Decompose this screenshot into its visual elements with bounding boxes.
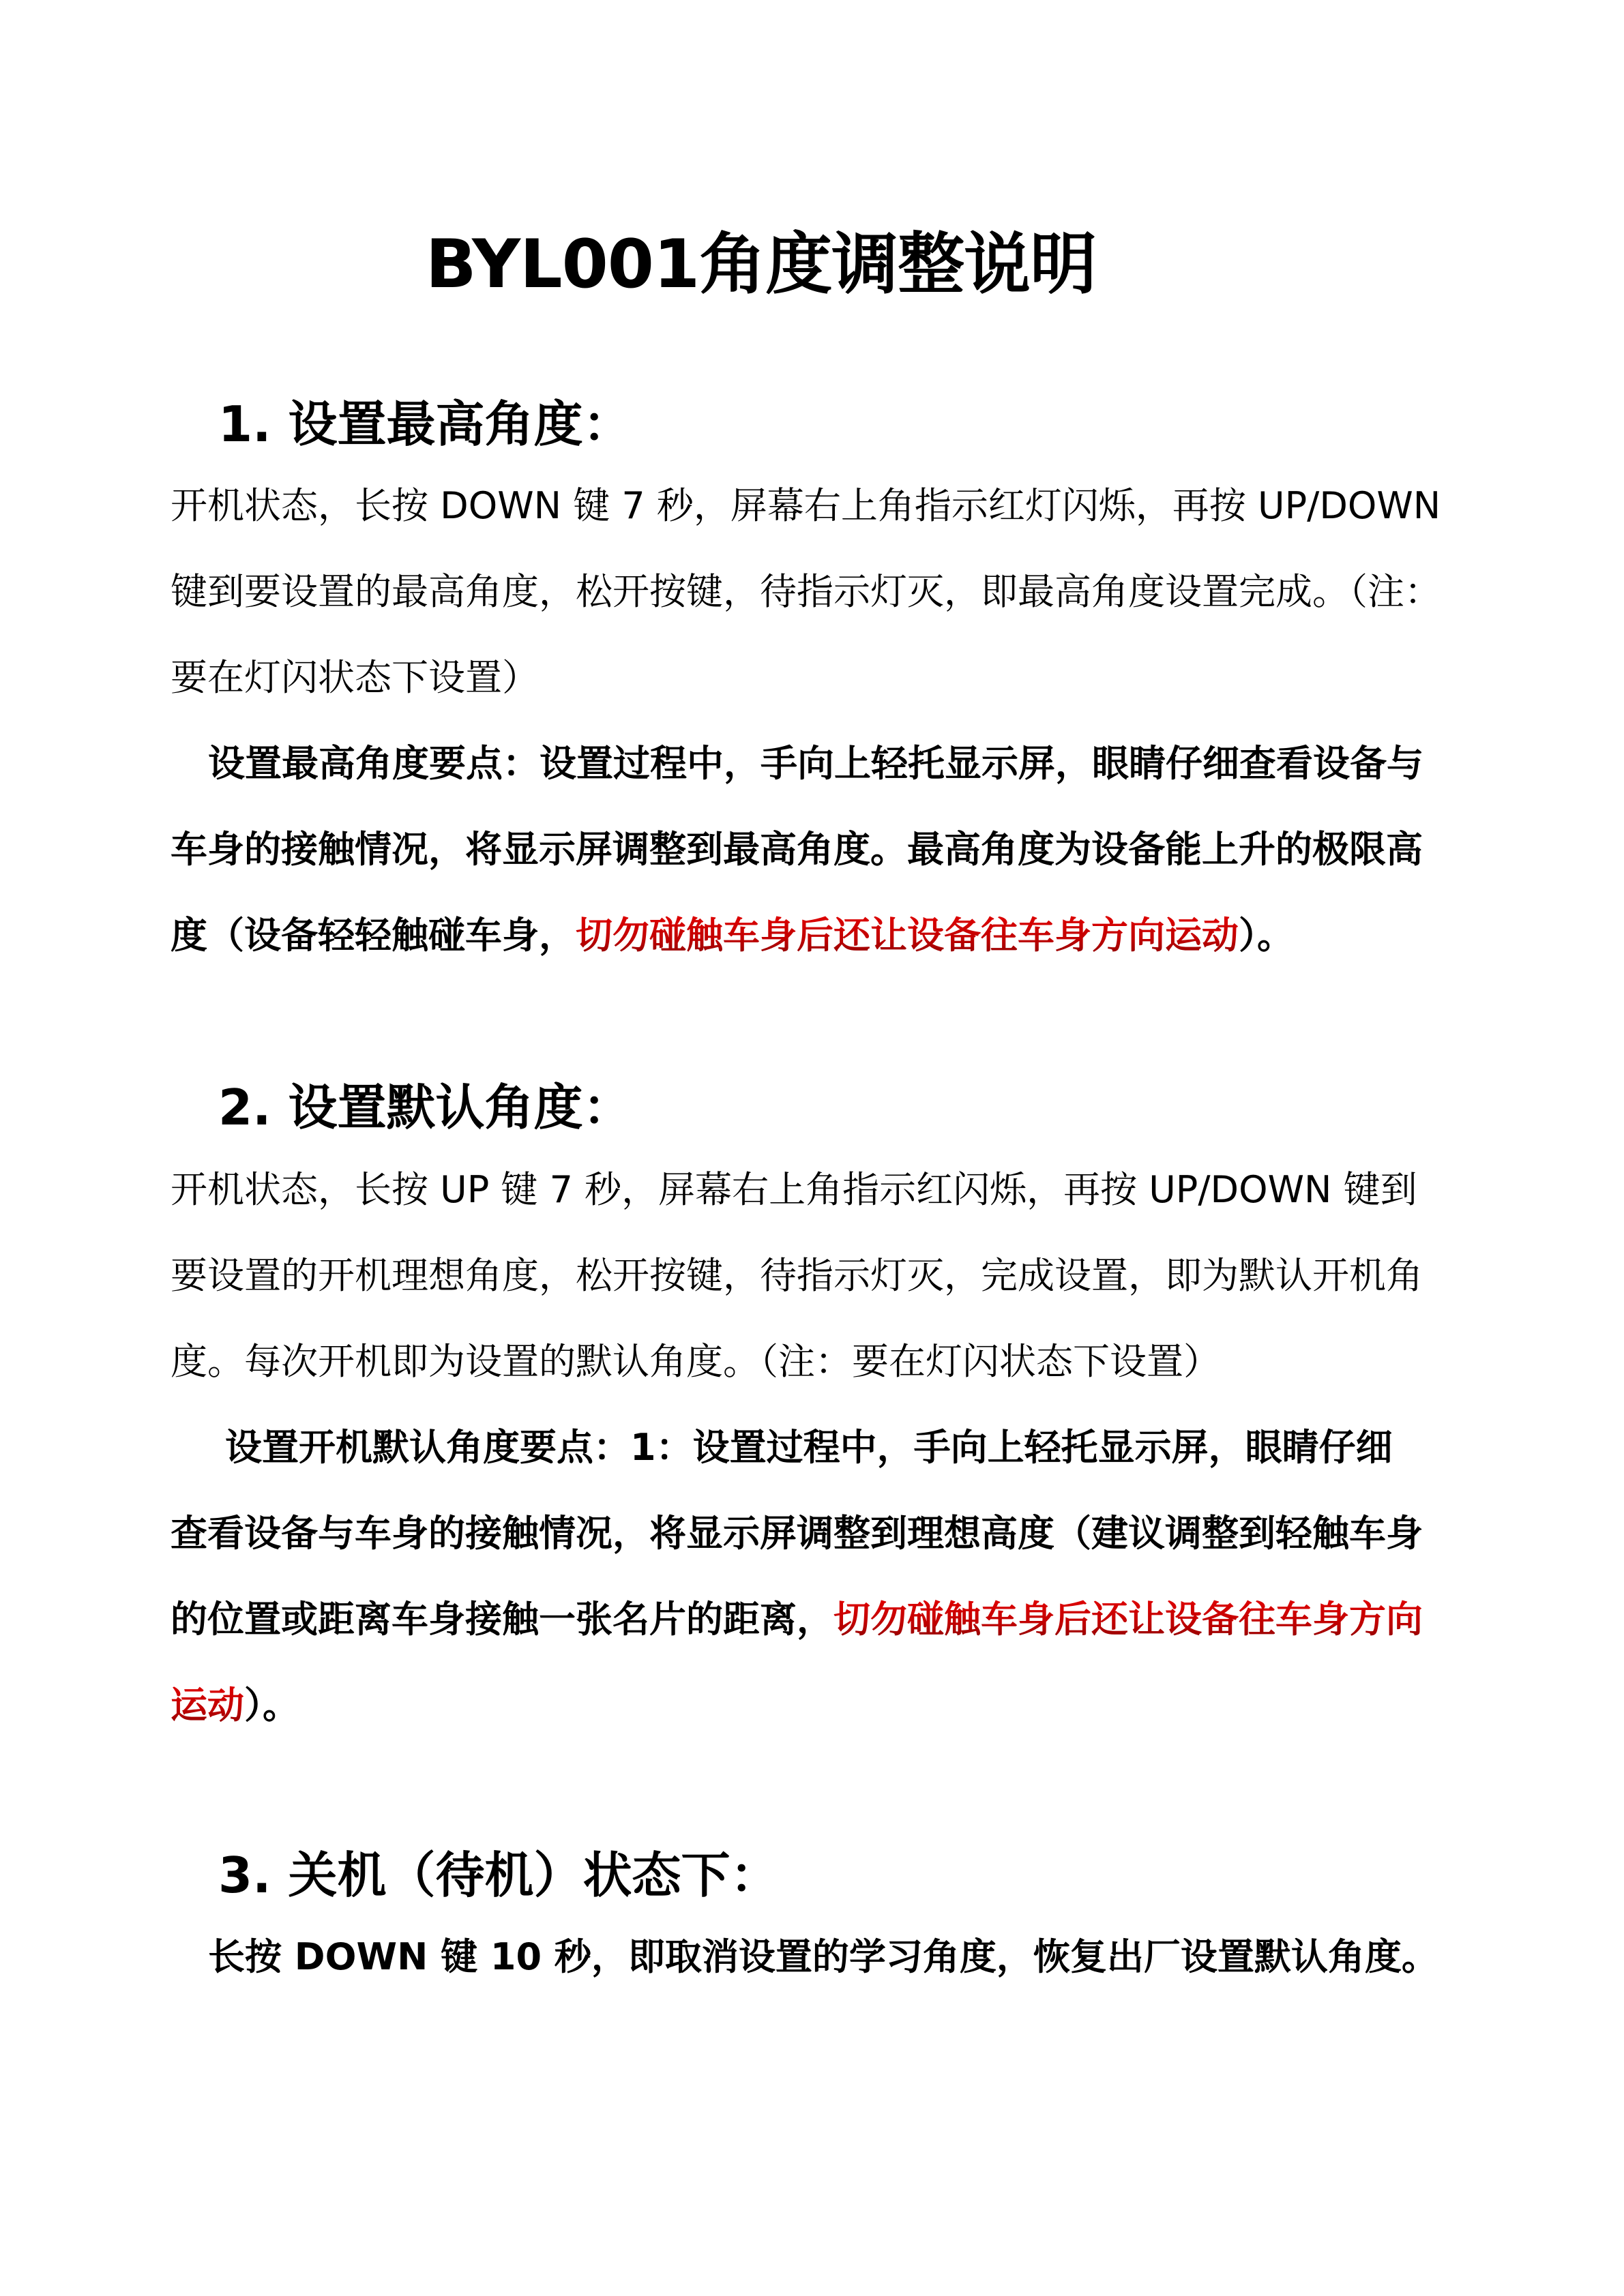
section-1-keypoint-line-2: 车身的接触情况，将显示屏调整到最高角度。最高角度为设备能上升的极限高 [171,822,1466,877]
section-1-body-line-1: 开机状态，长按 DOWN 键 7 秒，屏幕右上角指示红灯闪烁，再按 UP/DOW… [171,479,1466,533]
keypoint-text-end: ）。 [244,1684,299,1727]
section-2-body-line-1: 开机状态，长按 UP 键 7 秒，屏幕右上角指示红闪烁，再按 UP/DOWN 键… [171,1163,1466,1217]
title-text: BYL001角度调整说明 [426,217,1096,312]
section-1-heading: 1. 设置最高角度： [218,390,632,458]
section-3-heading: 3. 关机（待机）状态下： [218,1841,780,1909]
keypoint-text: 度（设备轻轻触碰车身， [171,914,576,957]
keypoint-text-end: ）。 [1239,914,1294,957]
section-1-keypoint-line-1: 设置最高角度要点：设置过程中，手向上轻托显示屏，眼睛仔细查看设备与 [208,736,1504,791]
section-1-body-line-2: 键到要设置的最高角度，松开按键，待指示灯灭，即最高角度设置完成。（注： [171,565,1466,619]
section-1-body-line-3: 要在灯闪状态下设置） [171,651,1466,705]
warning-text: 切勿碰触车身后还让设备往车身方向运动 [576,914,1239,957]
warning-text-end: 运动 [171,1684,244,1727]
section-2-keypoint-line-3: 的位置或距离车身接触一张名片的距离，切勿碰触车身后还让设备往车身方向 [171,1592,1466,1647]
section-1-keypoint-line-3: 度（设备轻轻触碰车身，切勿碰触车身后还让设备往车身方向运动）。 [171,908,1466,963]
section-2-keypoint-line-1: 设置开机默认角度要点：1：设置过程中，手向上轻托显示屏，眼睛仔细 [225,1420,1521,1475]
keypoint-text: 的位置或距离车身接触一张名片的距离， [171,1598,833,1641]
section-2-keypoint-line-2: 查看设备与车身的接触情况，将显示屏调整到理想高度（建议调整到轻触车身 [171,1506,1466,1561]
section-3-body-line-1: 长按 DOWN 键 10 秒，即取消设置的学习角度，恢复出厂设置默认角度。 [208,1930,1504,1984]
section-2-body-line-2: 要设置的开机理想角度，松开按键，待指示灯灭，完成设置，即为默认开机角 [171,1249,1466,1303]
document-title: BYL001角度调整说明 [0,217,1624,312]
section-2-body-line-3: 度。每次开机即为设置的默认角度。（注：要在灯闪状态下设置） [171,1335,1466,1389]
section-2-keypoint-line-4: 运动）。 [171,1678,1466,1733]
section-2-heading: 2. 设置默认角度： [218,1073,632,1142]
warning-text: 切勿碰触车身后还让设备往车身方向 [833,1598,1423,1641]
